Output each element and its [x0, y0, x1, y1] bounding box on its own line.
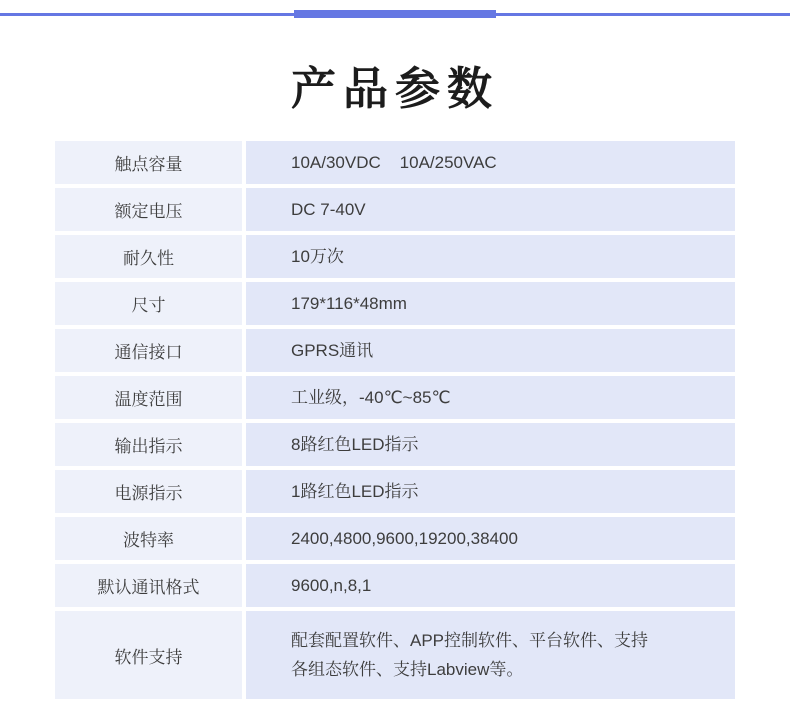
spec-label: 温度范围	[115, 385, 183, 410]
table-row: 尺寸 179*116*48mm	[55, 282, 735, 325]
spec-value: 8路红色LED指示	[246, 423, 504, 466]
spec-value: 9600,n,8,1	[246, 564, 456, 607]
header-decoration	[0, 0, 790, 20]
spec-label-cell: 波特率	[55, 517, 242, 560]
spec-value: DC 7-40V	[246, 188, 451, 231]
spec-value-cell: 1路红色LED指示	[246, 470, 735, 513]
spec-label-cell: 通信接口	[55, 329, 242, 372]
spec-label-cell: 电源指示	[55, 470, 242, 513]
table-row: 波特率 2400,4800,9600,19200,38400	[55, 517, 735, 560]
spec-value: 10A/30VDC 10A/250VAC	[246, 141, 582, 184]
spec-label-cell: 软件支持	[55, 611, 242, 699]
spec-label: 耐久性	[123, 244, 174, 269]
spec-label: 输出指示	[115, 432, 183, 457]
spec-value: GPRS通讯	[246, 329, 458, 372]
table-row: 温度范围 工业级，-40℃~85℃	[55, 376, 735, 419]
spec-value-cell: 9600,n,8,1	[246, 564, 735, 607]
spec-value-cell: 工业级，-40℃~85℃	[246, 376, 735, 419]
spec-label: 默认通讯格式	[98, 573, 200, 598]
spec-label: 通信接口	[115, 338, 183, 363]
product-parameters-page: { "page": { "title": "产品参数", "accent_col…	[0, 0, 790, 727]
spec-label: 触点容量	[115, 150, 183, 175]
page-title: 产品参数	[0, 52, 790, 117]
spec-value: 10万次	[246, 235, 429, 278]
spec-value: 179*116*48mm	[246, 282, 492, 325]
spec-value-cell: 配套配置软件、APP控制软件、平台软件、支持各组态软件、支持Labview等。	[246, 611, 735, 699]
table-row: 额定电压 DC 7-40V	[55, 188, 735, 231]
spec-label: 尺寸	[132, 291, 166, 316]
spec-label-cell: 尺寸	[55, 282, 242, 325]
spec-label: 软件支持	[115, 643, 183, 668]
spec-value-cell: DC 7-40V	[246, 188, 735, 231]
spec-table: 触点容量 10A/30VDC 10A/250VAC 额定电压 DC 7-40V …	[55, 141, 735, 703]
spec-value-cell: GPRS通讯	[246, 329, 735, 372]
table-row: 触点容量 10A/30VDC 10A/250VAC	[55, 141, 735, 184]
spec-label: 额定电压	[115, 197, 183, 222]
table-row: 耐久性 10万次	[55, 235, 735, 278]
spec-value-cell: 10万次	[246, 235, 735, 278]
spec-label-cell: 输出指示	[55, 423, 242, 466]
spec-label: 波特率	[123, 526, 174, 551]
spec-label-cell: 触点容量	[55, 141, 242, 184]
table-row: 默认通讯格式 9600,n,8,1	[55, 564, 735, 607]
accent-bar	[294, 10, 496, 18]
table-row: 电源指示 1路红色LED指示	[55, 470, 735, 513]
spec-label-cell: 额定电压	[55, 188, 242, 231]
spec-value-cell: 10A/30VDC 10A/250VAC	[246, 141, 735, 184]
spec-value-cell: 8路红色LED指示	[246, 423, 735, 466]
spec-value: 工业级，-40℃~85℃	[246, 376, 536, 419]
spec-value: 配套配置软件、APP控制软件、平台软件、支持各组态软件、支持Labview等。	[246, 619, 735, 691]
spec-value-cell: 179*116*48mm	[246, 282, 735, 325]
spec-label: 电源指示	[115, 479, 183, 504]
spec-value: 2400,4800,9600,19200,38400	[246, 517, 603, 560]
spec-value-cell: 2400,4800,9600,19200,38400	[246, 517, 735, 560]
spec-value: 1路红色LED指示	[246, 470, 504, 513]
spec-label-cell: 耐久性	[55, 235, 242, 278]
spec-label-cell: 温度范围	[55, 376, 242, 419]
table-row: 输出指示 8路红色LED指示	[55, 423, 735, 466]
spec-label-cell: 默认通讯格式	[55, 564, 242, 607]
table-row: 通信接口 GPRS通讯	[55, 329, 735, 372]
table-row: 软件支持 配套配置软件、APP控制软件、平台软件、支持各组态软件、支持Labvi…	[55, 611, 735, 699]
